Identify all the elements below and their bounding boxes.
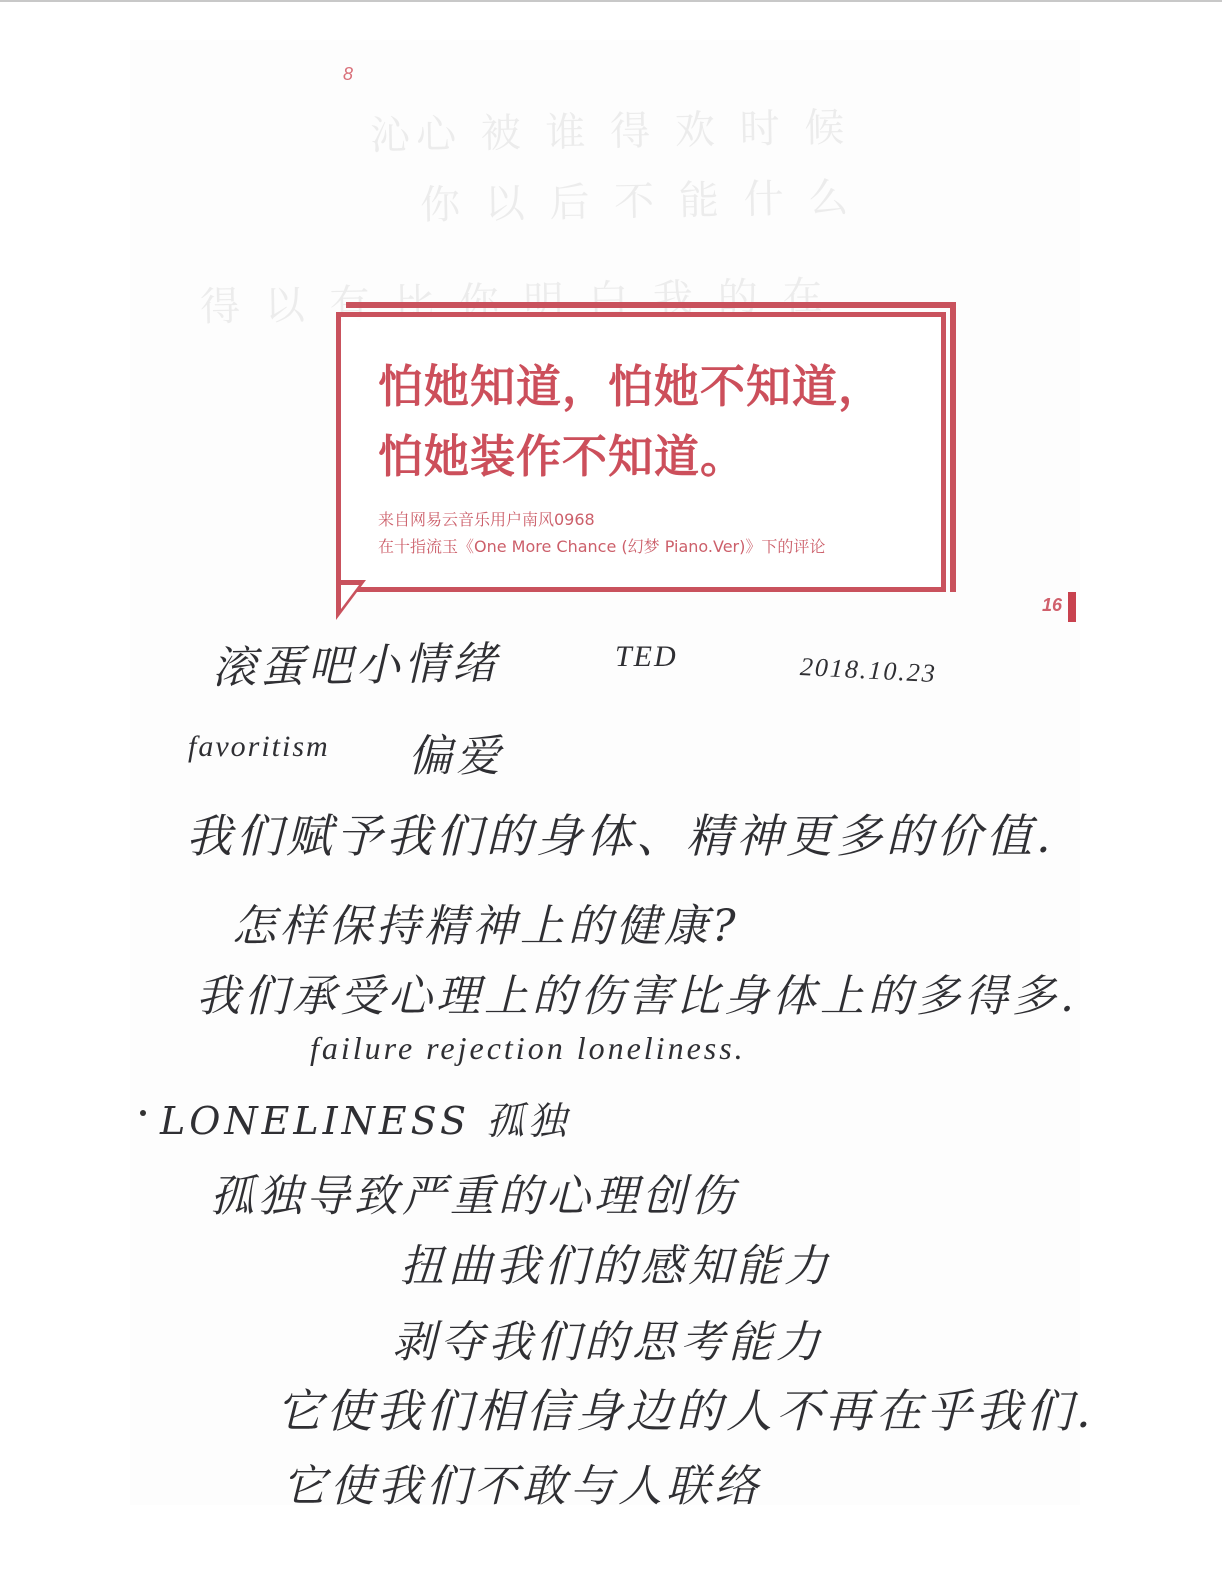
note-line: 扭曲我们的感知能力 bbox=[400, 1230, 832, 1294]
quote-line-1: 怕她知道，怕她不知道， bbox=[378, 352, 884, 422]
notes-source: TED bbox=[615, 640, 678, 674]
notes-title: 滚蛋吧小情绪 bbox=[211, 627, 500, 696]
quote-line-2: 怕她装作不知道。 bbox=[378, 422, 884, 492]
note-line: 它使我们相信身边的人不再在乎我们. bbox=[276, 1375, 1095, 1441]
bleed-through-text: 沁心 被 谁 得 欢 时 候 bbox=[370, 96, 851, 161]
note-line: 怎样保持精神上的健康? bbox=[232, 890, 740, 954]
page-number-side: 16 bbox=[1042, 595, 1062, 616]
attribution-line-2: 在十指流玉《One More Chance (幻梦 Piano.Ver)》下的评… bbox=[378, 533, 825, 560]
note-line: 我们赋予我们的身体、精神更多的价值. bbox=[186, 800, 1055, 866]
bleed-through-text: 你 以 后 不 能 什 么 bbox=[420, 166, 855, 231]
note-line: 偏爱 bbox=[408, 720, 504, 784]
quote-text: 怕她知道，怕她不知道， 怕她装作不知道。 bbox=[378, 352, 884, 492]
quote-attribution: 来自网易云音乐用户南风0968 在十指流玉《One More Chance (幻… bbox=[378, 506, 825, 560]
note-line: 它使我们不敢与人联络 bbox=[282, 1450, 762, 1514]
quote-card-tail-inner bbox=[341, 585, 359, 609]
bullet-icon bbox=[140, 1110, 146, 1116]
note-line: failure rejection loneliness. bbox=[310, 1030, 746, 1067]
top-rule bbox=[0, 0, 1222, 2]
note-line: 我们承受心理上的伤害比身体上的多得多. bbox=[196, 960, 1078, 1024]
attribution-line-1: 来自网易云音乐用户南风0968 bbox=[378, 506, 825, 533]
note-line: 孤独导致严重的心理创伤 bbox=[210, 1160, 738, 1224]
note-heading: LONELINESS 孤独 bbox=[160, 1090, 570, 1145]
page-tab-marker bbox=[1068, 592, 1076, 622]
page-number-top: 8 bbox=[343, 64, 353, 85]
note-line: 剥夺我们的思考能力 bbox=[392, 1306, 824, 1370]
note-line: favoritism bbox=[188, 730, 330, 764]
